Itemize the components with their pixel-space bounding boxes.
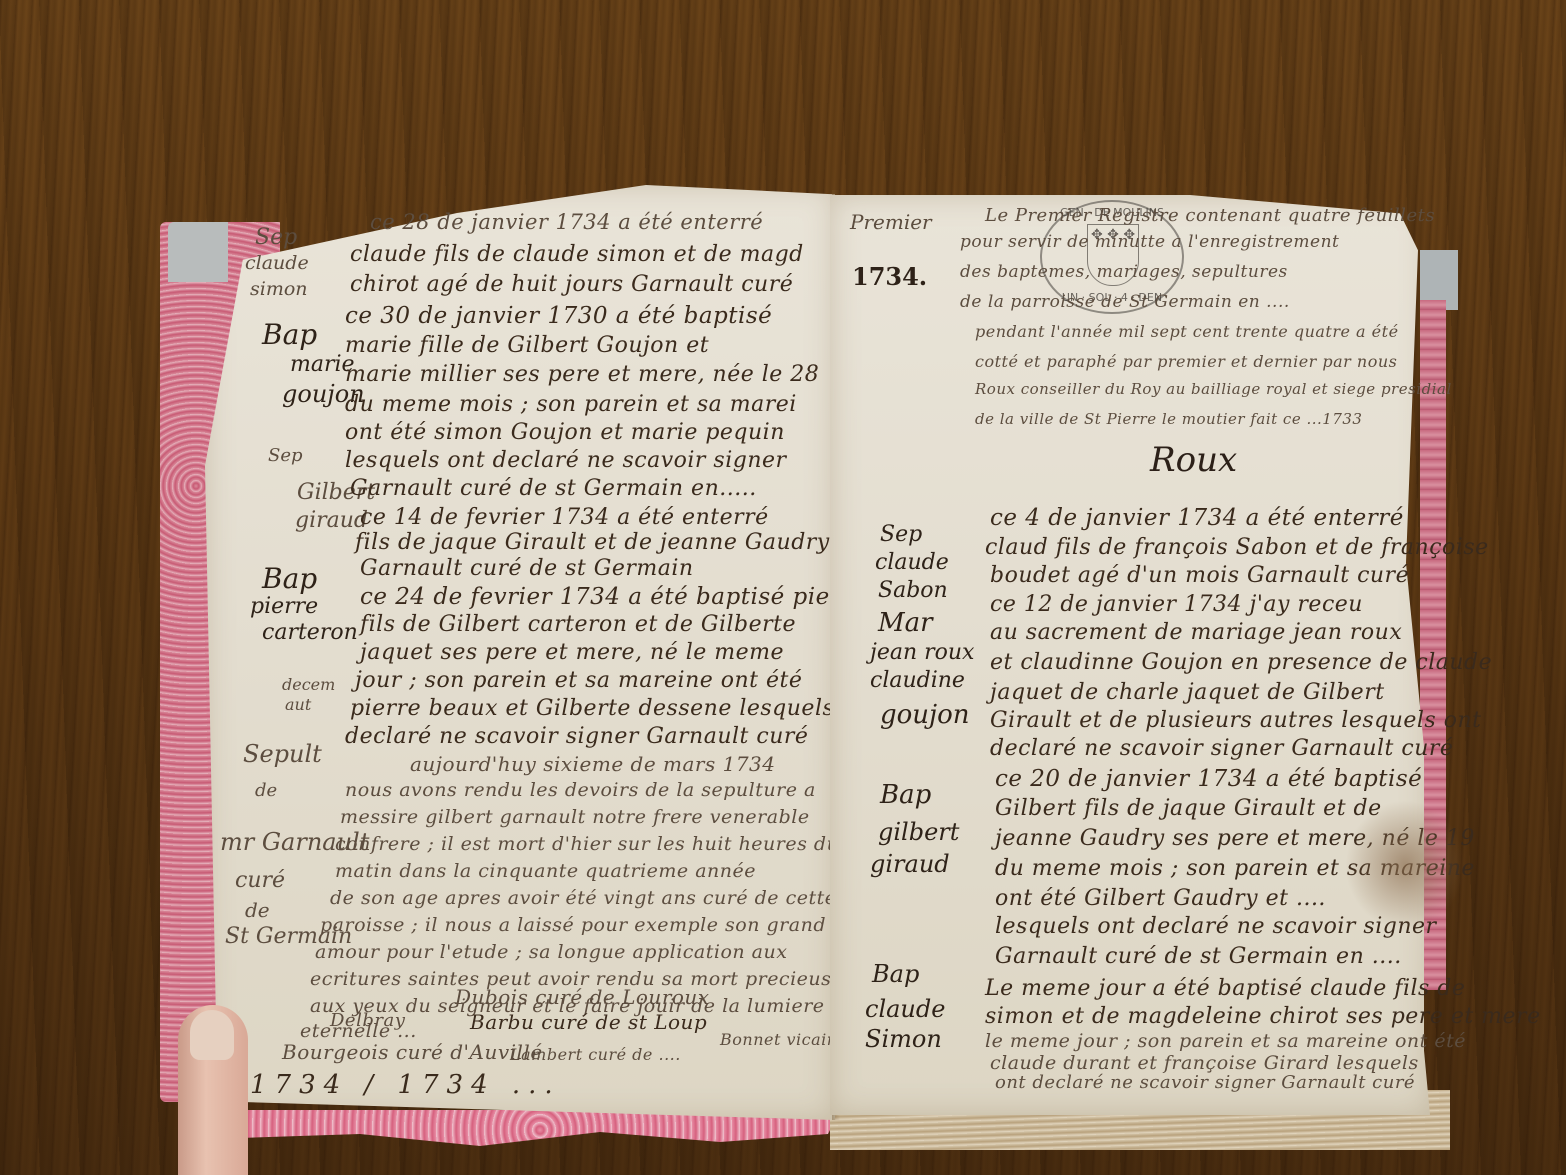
text-line: ont été Gilbert Gaudry et ....	[995, 886, 1326, 911]
margin-note: claude	[875, 550, 949, 575]
margin-note: carteron	[262, 620, 358, 645]
text-line: declaré ne scavoir signer Garnault curé	[990, 736, 1453, 761]
signature-text: Delbray	[330, 1010, 405, 1031]
margin-note: Sepult	[243, 740, 322, 768]
margin-note: Sabon	[878, 578, 948, 603]
text-line: ce 20 de janvier 1734 a été baptisé	[995, 766, 1422, 792]
text-line: marie fille de Gilbert Goujon et	[345, 333, 709, 358]
open-register-book: Sep claude simon Bap marie goujon Sep Gi…	[0, 0, 1566, 1175]
text-line: Gilbert fils de jaque Girault et de	[995, 796, 1382, 821]
text-line: nous avons rendu les devoirs de la sepul…	[345, 779, 816, 801]
margin-note: Premier	[850, 210, 932, 234]
text-line: messire gilbert garnault notre frere ven…	[340, 806, 810, 828]
text-line: ce 14 de fevrier 1734 a été enterré	[360, 505, 769, 530]
text-line: declaré ne scavoir signer Garnault curé	[345, 724, 808, 749]
text-line: jaquet de charle jaquet de Gilbert	[990, 680, 1385, 705]
text-line: Roux conseiller du Roy au bailliage roya…	[975, 380, 1452, 398]
text-line: amour pour l'etude ; sa longue applicati…	[315, 941, 787, 963]
cover-corner	[168, 222, 228, 282]
text-line: Garnault curé de st Germain en.....	[350, 476, 757, 501]
text-line: ont declaré ne scavoir signer Garnault c…	[995, 1072, 1415, 1093]
margin-note: jean roux	[870, 640, 974, 665]
margin-note: de	[245, 898, 270, 922]
text-line: Garnault curé de st Germain	[360, 556, 694, 581]
bottom-numbers: 1734 / 1734 ...	[250, 1070, 561, 1100]
text-line: du meme mois ; son parein et sa marei	[345, 392, 797, 417]
margin-note: claude	[245, 252, 309, 274]
text-line: pierre beaux et Gilberte dessene lesquel…	[350, 696, 880, 721]
text-line: confrere ; il est mort d'hier sur les hu…	[335, 833, 839, 855]
text-line: boudet agé d'un mois Garnault curé	[990, 563, 1409, 588]
margin-note: gilbert	[878, 818, 959, 846]
text-line: aujourd'huy sixieme de mars 1734	[410, 752, 776, 776]
text-line: Girault et de plusieurs autres lesquels …	[990, 708, 1481, 733]
margin-note: Sep	[268, 445, 303, 466]
text-line: Garnault curé de st Germain en ....	[995, 944, 1402, 969]
text-line: pendant l'année mil sept cent trente qua…	[975, 322, 1399, 341]
text-line: de son age apres avoir été vingt ans cur…	[330, 887, 837, 909]
text-line: cotté et paraphé par premier et dernier …	[975, 352, 1397, 371]
margin-note: Simon	[865, 1025, 942, 1053]
text-line: matin dans la cinquante quatrieme année	[335, 860, 756, 882]
margin-note: Bap	[262, 318, 317, 351]
text-line: claude fils de claude simon et de magd	[350, 242, 804, 267]
margin-note: decem	[282, 675, 335, 694]
text-line: jour ; son parein et sa mareine ont été	[355, 668, 802, 693]
signature-text: Bourgeois curé d'Auvillé	[282, 1040, 543, 1064]
signature-text: Bonnet vicaire	[720, 1030, 845, 1049]
text-line: le meme jour ; son parein et sa mareine …	[985, 1030, 1466, 1052]
margin-note: Bap	[872, 960, 919, 988]
text-line: au sacrement de mariage jean roux	[990, 620, 1402, 645]
margin-note: Mar	[878, 608, 933, 638]
text-line: des baptemes, mariages, sepultures	[960, 262, 1288, 282]
margin-note: claudine	[870, 668, 965, 693]
margin-note: simon	[250, 278, 308, 300]
margin-note: aut	[285, 695, 311, 714]
paper-stain	[1345, 800, 1465, 930]
text-line: ce 28 de janvier 1734 a été enterré	[370, 210, 763, 234]
text-line: de la parroisse de St Germain en ....	[960, 292, 1290, 312]
margin-note: curé	[235, 868, 285, 893]
fingernail	[190, 1010, 234, 1060]
text-line: paroisse ; il nous a laissé pour exemple…	[320, 914, 826, 936]
signature-text: Lambert curé de ....	[510, 1045, 681, 1064]
margin-note: de	[255, 780, 277, 801]
margin-note: Bap	[880, 780, 931, 810]
text-line: claude durant et françoise Girard lesque…	[990, 1052, 1419, 1074]
roux-signature: Roux	[1150, 440, 1237, 480]
margin-note: pierre	[250, 594, 318, 619]
text-line: jaquet ses pere et mere, né le meme	[360, 640, 784, 665]
text-line: ce 24 de fevrier 1734 a été baptisé pier…	[360, 584, 867, 610]
text-line: ce 30 de janvier 1730 a été baptisé	[345, 303, 772, 329]
text-line: ont été simon Goujon et marie pequin	[345, 420, 785, 445]
text-line: simon et de magdeleine chirot ses pere e…	[985, 1004, 1541, 1029]
margin-note: claude	[865, 995, 945, 1023]
text-line: ce 12 de janvier 1734 j'ay receu	[990, 592, 1363, 617]
text-line: fils de Gilbert carteron et de Gilberte	[360, 612, 796, 637]
margin-note: Sep	[255, 225, 297, 250]
margin-note: Sep	[880, 522, 922, 547]
text-line: et claudinne Goujon en presence de claud…	[990, 650, 1492, 675]
signature-text: Barbu curé de st Loup	[470, 1010, 707, 1034]
text-line: lesquels ont declaré ne scavoir signer	[345, 448, 787, 473]
signature-text: Dubois curé de Louroux	[455, 985, 710, 1009]
text-line: marie millier ses pere et mere, née le 2…	[345, 362, 819, 387]
text-line: fils de jaque Girault et de jeanne Gaudr…	[355, 530, 830, 555]
text-line: ce 4 de janvier 1734 a été enterré	[990, 505, 1404, 531]
text-line: Le Premier Registre contenant quatre feu…	[985, 205, 1435, 226]
header-year: 1734.	[852, 262, 927, 291]
text-line: claud fils de françois Sabon et de franç…	[985, 535, 1489, 560]
text-line: Le meme jour a été baptisé claude fils d…	[985, 976, 1465, 1001]
text-line: chirot agé de huit jours Garnault curé	[350, 272, 793, 297]
text-line: pour servir de minutte a l'enregistremen…	[960, 232, 1339, 252]
margin-note: goujon	[880, 700, 970, 730]
margin-note: giraud	[870, 850, 950, 878]
text-line: de la ville de St Pierre le moutier fait…	[975, 410, 1362, 428]
margin-note: Bap	[262, 562, 317, 595]
